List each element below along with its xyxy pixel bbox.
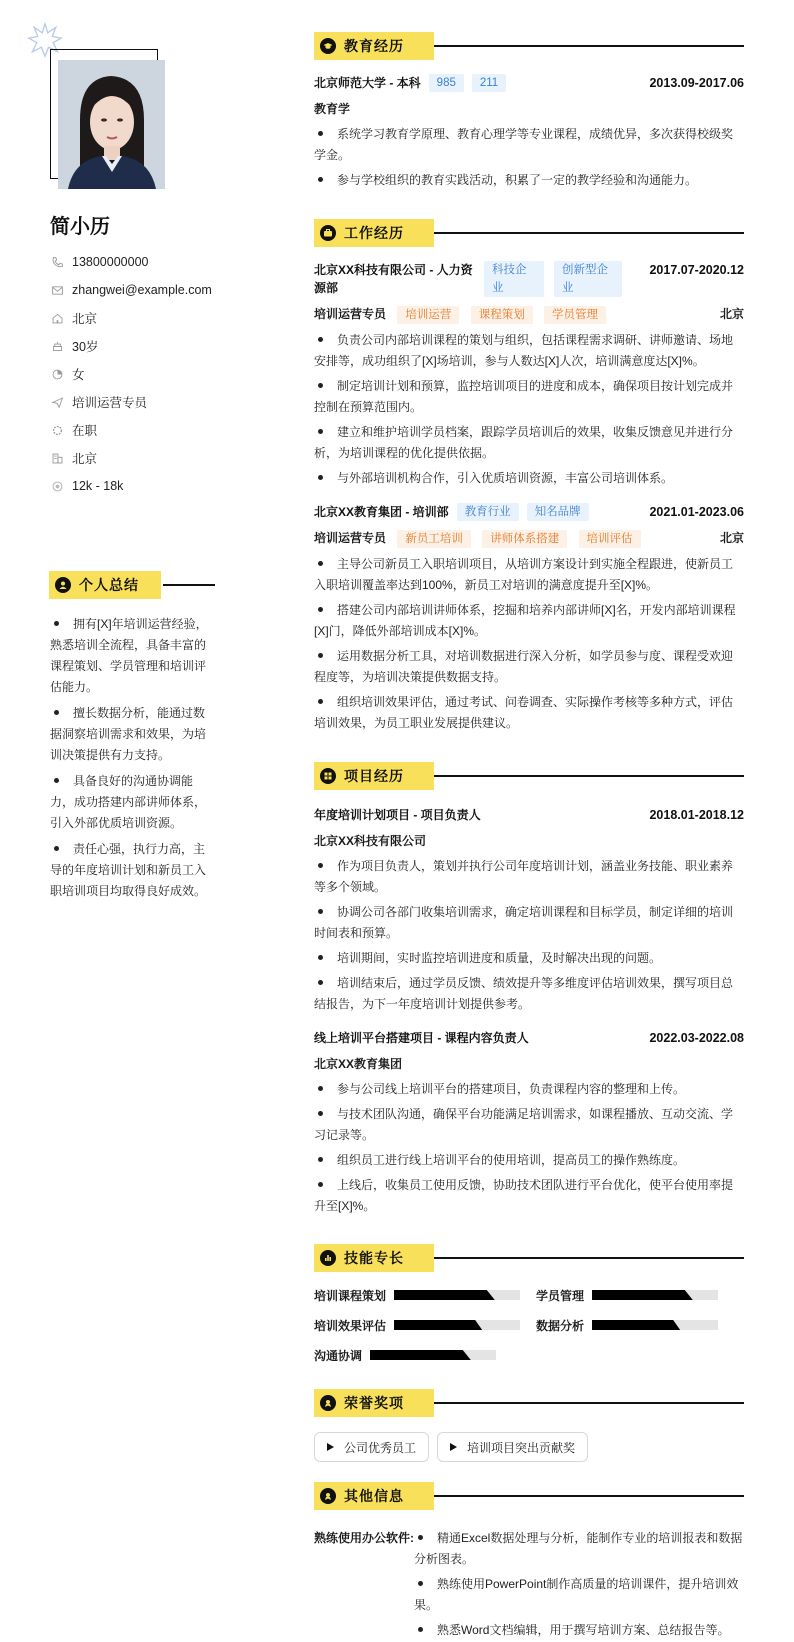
send-icon — [50, 395, 64, 409]
bullet-item: 组织培训效果评估，通过考试、问卷调查、实际操作考核等多种方式，评估培训效果，为员… — [314, 692, 744, 734]
status-icon — [50, 423, 64, 437]
section-divider — [434, 45, 744, 47]
candidate-name: 简小历 — [50, 210, 110, 239]
info-status: 在职 — [50, 416, 212, 444]
work-bullets: 负责公司内部培训课程的策划与组织，包括课程需求调研、讲师邀请、场地安排等，成功组… — [314, 330, 744, 489]
bullet-item: 制定培训计划和预算，监控培训项目的进度和成本，确保项目按计划完成并控制在预算范围… — [314, 376, 744, 418]
role-tag: 培训运营 — [397, 306, 459, 324]
award-icon — [320, 1395, 336, 1411]
home-icon — [50, 311, 64, 325]
play-icon — [450, 1443, 457, 1451]
skill-bar — [592, 1290, 718, 1300]
bullet-item: 培训结束后，通过学员反馈、绩效提升等多维度评估培训效果，撰写项目总结报告，为下一… — [314, 973, 744, 1015]
school-tag: 985 — [429, 74, 464, 92]
education-entry: 北京师范大学 - 本科 985 211 2013.09-2017.06 教育学 … — [314, 74, 744, 191]
skill-name: 培训效果评估 — [314, 1317, 386, 1334]
bullet-item: 培训期间，实时监控培训进度和质量，及时解决出现的问题。 — [314, 948, 744, 969]
user-icon — [55, 577, 71, 593]
role: 培训运营专员 — [314, 307, 386, 321]
skills-section: 技能专长 培训课程策划 学员管理 培训效果评估 数据分析 沟通协调 — [314, 1244, 744, 1364]
honors-section-header: 荣誉奖项 — [314, 1389, 744, 1417]
role-tag: 讲师体系搭建 — [482, 530, 567, 548]
bullet-item: 作为项目负责人，策划并执行公司年度培训计划，涵盖业务技能、职业素养等多个领域。 — [314, 856, 744, 898]
company-name: 北京XX科技有限公司 - 人力资源部 — [314, 261, 474, 297]
bullet-item: 熟悉Word文档编辑，用于撰写培训方案、总结报告等。 — [414, 1620, 744, 1641]
work-entry: 北京XX科技有限公司 - 人力资源部 科技企业 创新型企业 2017.07-20… — [314, 261, 744, 489]
graduation-cap-icon — [320, 38, 336, 54]
summary-list: 拥有[X]年培训运营经验，熟悉培训全流程，具备丰富的课程策划、学员管理和培训评估… — [50, 614, 216, 907]
section-divider — [434, 1495, 744, 1497]
role-tag: 培训评估 — [579, 530, 641, 548]
info-gender: 女 — [50, 360, 212, 388]
play-icon — [327, 1443, 334, 1451]
bullet-item: 主导公司新员工入职培训项目，从培训方案设计到实施全程跟进，使新员工入职培训覆盖率… — [314, 554, 744, 596]
skill-name: 数据分析 — [536, 1317, 584, 1334]
bullet-item: 建立和维护培训学员档案，跟踪学员培训后的效果，收集反馈意见并进行分析，为培训课程… — [314, 422, 744, 464]
education-section-header: 教育经历 — [314, 32, 744, 60]
info-age: 30岁 — [50, 332, 212, 360]
education-title-tag: 教育经历 — [314, 32, 434, 60]
skill-item: 学员管理 — [536, 1286, 736, 1304]
role-tag: 学员管理 — [544, 306, 606, 324]
education-date: 2013.09-2017.06 — [649, 74, 744, 92]
avatar-photo — [58, 60, 165, 189]
honors-list: 公司优秀员工 培训项目突出贡献奖 — [314, 1432, 744, 1462]
project-date: 2018.01-2018.12 — [649, 806, 744, 824]
work-date: 2017.07-2020.12 — [649, 261, 744, 279]
company-tag: 科技企业 — [484, 261, 544, 297]
age-icon — [50, 339, 64, 353]
other-title-tag: 其他信息 — [314, 1482, 434, 1510]
section-divider — [434, 1402, 744, 1404]
honors-section: 荣誉奖项 公司优秀员工 培训项目突出贡献奖 — [314, 1389, 744, 1462]
work-entry: 北京XX教育集团 - 培训部 教育行业 知名品牌 2021.01-2023.06… — [314, 503, 744, 734]
phone-icon — [50, 255, 64, 269]
school-tag: 211 — [472, 74, 506, 92]
skill-name: 沟通协调 — [314, 1347, 362, 1364]
info-email: zhangwei@example.com — [50, 276, 212, 304]
bullet-item: 熟练使用PowerPoint制作高质量的培训课件，提升培训效果。 — [414, 1574, 744, 1616]
contact-info-list: 13800000000 zhangwei@example.com 北京 30岁 … — [50, 248, 212, 500]
info-city: 北京 — [50, 444, 212, 472]
section-divider — [434, 1257, 744, 1259]
project-org: 北京XX科技有限公司 — [314, 832, 426, 850]
work-bullets: 主导公司新员工入职培训项目，从培训方案设计到实施全程跟进，使新员工入职培训覆盖率… — [314, 554, 744, 734]
info-home: 北京 — [50, 304, 212, 332]
bullet-item: 上线后，收集员工使用反馈，协助技术团队进行平台优化，使平台使用率提升至[X]%。 — [314, 1175, 744, 1217]
bullet-item: 精通Excel数据处理与分析，能制作专业的培训报表和数据分析图表。 — [414, 1528, 744, 1570]
skill-bar — [394, 1320, 520, 1330]
section-divider — [434, 232, 744, 234]
project-entry: 线上培训平台搭建项目 - 课程内容负责人 2022.03-2022.08 北京X… — [314, 1029, 744, 1217]
summary-item: 拥有[X]年培训运营经验，熟悉培训全流程，具备丰富的课程策划、学员管理和培训评估… — [50, 614, 216, 698]
school-name: 北京师范大学 - 本科 — [314, 74, 421, 92]
bullet-item: 参与学校组织的教育实践活动，积累了一定的教学经验和沟通能力。 — [314, 170, 744, 191]
other-section-header: 其他信息 — [314, 1482, 744, 1510]
project-name: 线上培训平台搭建项目 - 课程内容负责人 — [314, 1029, 529, 1047]
skills-grid: 培训课程策划 学员管理 培训效果评估 数据分析 沟通协调 — [314, 1286, 744, 1364]
role-tag: 课程策划 — [471, 306, 533, 324]
work-location: 北京 — [720, 305, 744, 324]
city-building-icon — [50, 451, 64, 465]
education-section: 教育经历 北京师范大学 - 本科 985 211 2013.09-2017.06… — [314, 32, 744, 195]
skills-title-tag: 技能专长 — [314, 1244, 434, 1272]
projects-section-header: 项目经历 — [314, 762, 744, 790]
skill-item: 数据分析 — [536, 1316, 736, 1334]
education-bullets: 系统学习教育学原理、教育心理学等专业课程，成绩优异，多次获得校级奖学金。 参与学… — [314, 124, 744, 191]
company-tag: 创新型企业 — [554, 261, 622, 297]
company-tag: 知名品牌 — [527, 503, 589, 521]
skill-item: 培训课程策划 — [314, 1286, 536, 1304]
gender-icon — [50, 367, 64, 381]
other-info-label: 熟练使用办公软件: — [314, 1528, 414, 1642]
skills-section-header: 技能专长 — [314, 1244, 744, 1272]
bullet-item: 搭建公司内部培训讲师体系，挖掘和培养内部讲师[X]名，开发内部培训课程[X]门，… — [314, 600, 744, 642]
skill-item: 培训效果评估 — [314, 1316, 536, 1334]
bullet-item: 系统学习教育学原理、教育心理学等专业课程，成绩优异，多次获得校级奖学金。 — [314, 124, 744, 166]
skill-bar — [592, 1320, 718, 1330]
summary-item: 具备良好的沟通协调能力，成功搭建内部讲师体系，引入外部优质培训资源。 — [50, 771, 216, 834]
company-name: 北京XX教育集团 - 培训部 — [314, 503, 449, 521]
sidebar: 简小历 13800000000 zhangwei@example.com 北京 … — [0, 0, 280, 1642]
bar-chart-icon — [320, 1250, 336, 1266]
summary-title-tag: 个人总结 — [49, 571, 161, 599]
bullet-item: 运用数据分析工具，对培训数据进行深入分析，如学员参与度、课程受欢迎程度等，为培训… — [314, 646, 744, 688]
skill-item: 沟通协调 — [314, 1346, 536, 1364]
honor-badge: 公司优秀员工 — [314, 1432, 429, 1462]
other-info-row: 熟练使用办公软件: 精通Excel数据处理与分析，能制作专业的培训报表和数据分析… — [314, 1528, 744, 1642]
work-title-tag: 工作经历 — [314, 219, 434, 247]
project-date: 2022.03-2022.08 — [649, 1029, 744, 1047]
work-location: 北京 — [720, 529, 744, 548]
honors-title-tag: 荣誉奖项 — [314, 1389, 434, 1417]
info-position: 培训运营专员 — [50, 388, 212, 416]
info-phone: 13800000000 — [50, 248, 212, 276]
bullet-item: 与技术团队沟通，确保平台功能满足培训需求，如课程播放、互动交流、学习记录等。 — [314, 1104, 744, 1146]
project-entry: 年度培训计划项目 - 项目负责人 2018.01-2018.12 北京XX科技有… — [314, 806, 744, 1015]
bullet-item: 负责公司内部培训课程的策划与组织，包括课程需求调研、讲师邀请、场地安排等，成功组… — [314, 330, 744, 372]
major: 教育学 — [314, 100, 350, 118]
projects-title-tag: 项目经历 — [314, 762, 434, 790]
salary-icon — [50, 479, 64, 493]
skill-bar — [370, 1350, 496, 1360]
mail-icon — [50, 283, 64, 297]
company-tag: 教育行业 — [457, 503, 519, 521]
bullet-item: 与外部培训机构合作，引入优质培训资源，丰富公司培训体系。 — [314, 468, 744, 489]
briefcase-icon — [320, 225, 336, 241]
honor-badge: 培训项目突出贡献奖 — [437, 1432, 588, 1462]
award-icon — [320, 1488, 336, 1504]
skill-bar — [394, 1290, 520, 1300]
role: 培训运营专员 — [314, 531, 386, 545]
section-divider — [163, 584, 215, 586]
skill-name: 培训课程策划 — [314, 1287, 386, 1304]
projects-section: 项目经历 年度培训计划项目 - 项目负责人 2018.01-2018.12 北京… — [314, 762, 744, 1221]
other-section: 其他信息 熟练使用办公软件: 精通Excel数据处理与分析，能制作专业的培训报表… — [314, 1482, 744, 1642]
project-bullets: 作为项目负责人，策划并执行公司年度培训计划，涵盖业务技能、职业素养等多个领域。 … — [314, 856, 744, 1015]
grid-icon — [320, 768, 336, 784]
project-bullets: 参与公司线上培训平台的搭建项目，负责课程内容的整理和上传。 与技术团队沟通，确保… — [314, 1079, 744, 1217]
summary-item: 擅长数据分析，能通过数据洞察培训需求和效果，为培训决策提供有力支持。 — [50, 703, 216, 766]
skill-name: 学员管理 — [536, 1287, 584, 1304]
work-date: 2021.01-2023.06 — [649, 503, 744, 521]
work-section-header: 工作经历 — [314, 219, 744, 247]
bullet-item: 协调公司各部门收集培训需求，确定培训课程和目标学员，制定详细的培训时间表和预算。 — [314, 902, 744, 944]
summary-item: 责任心强，执行力高，主导的年度培训计划和新员工入职培训项目均取得良好成效。 — [50, 839, 216, 902]
bullet-item: 参与公司线上培训平台的搭建项目，负责课程内容的整理和上传。 — [314, 1079, 744, 1100]
info-salary: 12k - 18k — [50, 472, 212, 500]
role-tag: 新员工培训 — [397, 530, 471, 548]
project-org: 北京XX教育集团 — [314, 1055, 402, 1073]
other-info-list: 精通Excel数据处理与分析，能制作专业的培训报表和数据分析图表。 熟练使用Po… — [414, 1528, 744, 1642]
project-name: 年度培训计划项目 - 项目负责人 — [314, 806, 481, 824]
section-divider — [434, 775, 744, 777]
bullet-item: 组织员工进行线上培训平台的使用培训，提高员工的操作熟练度。 — [314, 1150, 744, 1171]
summary-section-header: 个人总结 — [49, 571, 215, 599]
work-section: 工作经历 北京XX科技有限公司 - 人力资源部 科技企业 创新型企业 2017.… — [314, 219, 744, 738]
